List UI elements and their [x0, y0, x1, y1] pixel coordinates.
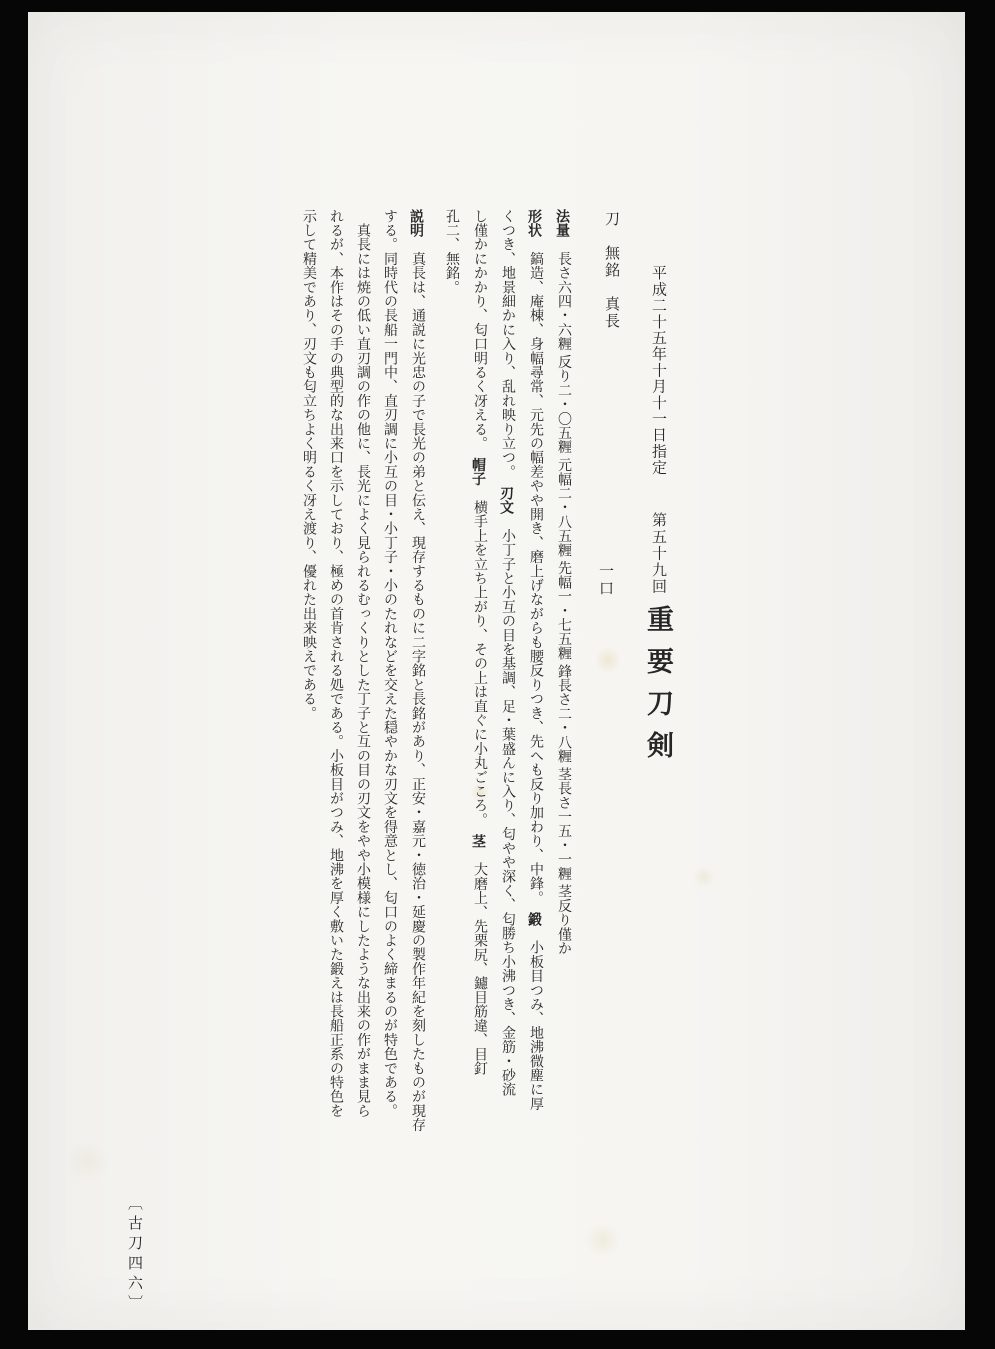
text-column: 真長には焼の低い直刃調の作の他に、長光によく見られるむっくりとした丁子と互の目の…: [349, 209, 376, 1155]
body-text: 真長は、通説に光忠の子で長光の弟と伝え、現存するものに二字銘と長銘があり、正安・…: [410, 237, 425, 1132]
document-title: 重要刀剣: [643, 605, 673, 773]
section-heading: 形状: [527, 209, 543, 237]
designation-date: 平成二十五年十月十一日指定: [650, 265, 666, 476]
section-heading: 法量: [555, 209, 571, 237]
body-text: 示して精美であり、刃文も匂立ちよく明るく冴え渡り、優れた出来映えである。: [301, 209, 316, 720]
text-column: する。同時代の長船一門中、直刃調に小互の目・小丁子・小のたれなどを交えた穏やかな…: [376, 209, 403, 1155]
text-column: くつき、地景細かに入り、乱れ映り立つ。 刃文 小丁子と小互の目を基調、足・葉盛ん…: [493, 209, 521, 1155]
header-line: 平成二十五年十月十一日指定第五十九回重要刀剣: [643, 265, 673, 773]
sword-designation: 刀 無銘 真長: [598, 211, 624, 330]
text-column: 説明 真長は、通説に光忠の子で長光の弟と伝え、現存するものに二字銘と長銘があり、…: [403, 209, 431, 1155]
body-text: くつき、地景細かに入り、乱れ映り立つ。: [500, 209, 515, 486]
text-column: 示して精美であり、刃文も匂立ちよく明るく冴え渡り、優れた出来映えである。: [295, 209, 322, 1155]
text-column: 法量 長さ六四・六糎 反り二・〇五糎 元幅二・八五糎 先幅一・七五糎 鋒長さ二・…: [549, 209, 577, 1155]
text-column: れるが、本作はその手の典型的な出来口を示しており、極めの首肯される処である。小板…: [322, 209, 349, 1155]
body-text: れるが、本作はその手の典型的な出来口を示しており、極めの首肯される処である。小板…: [328, 209, 343, 1118]
body-text: 孔二、無銘。: [444, 209, 459, 294]
body-text: 鎬造、庵棟、身幅尋常、元先の幅差やや開き、磨上げながらも腰反りつき、先へも反り加…: [528, 237, 543, 912]
body-text: し僅かにかかり、匂口明るく冴える。: [472, 209, 487, 458]
text-column: 形状 鎬造、庵棟、身幅尋常、元先の幅差やや開き、磨上げながらも腰反りつき、先へも…: [521, 209, 549, 1155]
catalog-number: 〔古刀四六〕: [122, 1195, 146, 1315]
session-number: 第五十九回: [650, 512, 666, 595]
section-heading: 刃文: [499, 486, 515, 514]
body-text: 長さ六四・六糎 反り二・〇五糎 元幅二・八五糎 先幅一・七五糎 鋒長さ二・八糎 …: [556, 237, 571, 955]
body-text: 小板目つみ、地沸微塵に厚: [528, 926, 543, 1111]
section-heading: 茎: [471, 834, 487, 848]
section-heading: 帽子: [471, 458, 487, 486]
document-page: 平成二十五年十月十一日指定第五十九回重要刀剣 刀 無銘 真長 一口 法量 長さ六…: [28, 12, 965, 1330]
body-text: する。同時代の長船一門中、直刃調に小互の目・小丁子・小のたれなどを交えた穏やかな…: [382, 209, 397, 1118]
body-text: 大磨上、先栗尻、鑢目筋違、目釘: [472, 848, 487, 1075]
body-text: 横手上を立ち上がり、その上は直ぐに小丸ごころ。: [472, 486, 487, 834]
text-column: 孔二、無銘。: [438, 209, 465, 1155]
body-text: 小丁子と小互の目を基調、足・葉盛んに入り、匂やや深く、匂勝ち小沸つき、金筋・砂流: [500, 514, 515, 1096]
section-heading: 鍛: [527, 912, 543, 926]
quantity-label: 一口: [592, 563, 618, 598]
text-column: し僅かにかかり、匂口明るく冴える。 帽子 横手上を立ち上がり、その上は直ぐに小丸…: [465, 209, 493, 1155]
body-text: 真長には焼の低い直刃調の作の他に、長光によく見られるむっくりとした丁子と互の目の…: [355, 209, 370, 1118]
description-columns: 法量 長さ六四・六糎 反り二・〇五糎 元幅二・八五糎 先幅一・七五糎 鋒長さ二・…: [295, 209, 577, 1155]
scan-background: 平成二十五年十月十一日指定第五十九回重要刀剣 刀 無銘 真長 一口 法量 長さ六…: [0, 0, 995, 1349]
section-heading: 説明: [409, 209, 425, 237]
